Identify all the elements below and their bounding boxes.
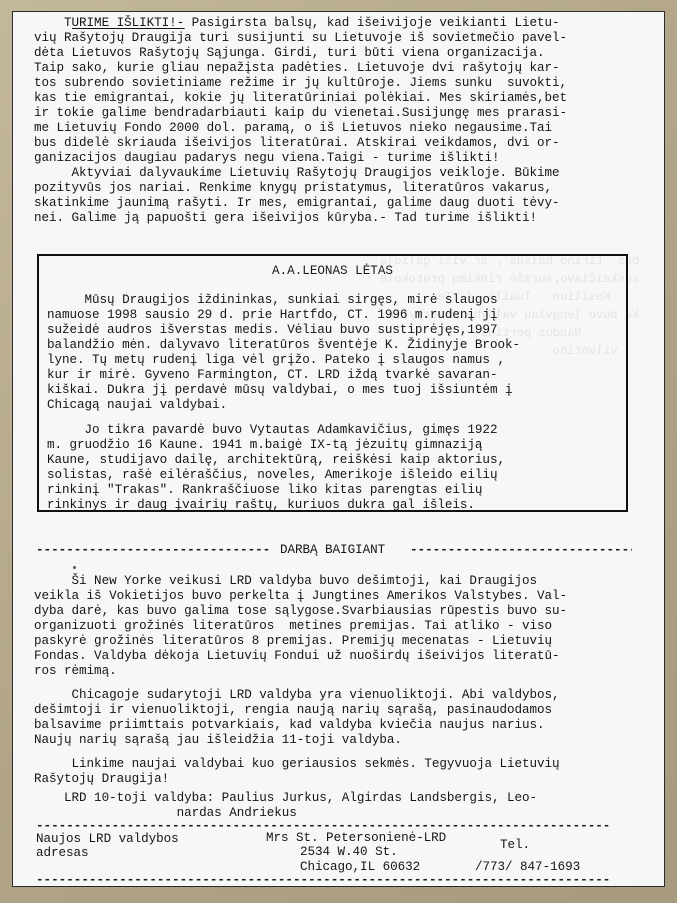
obituary-line: Chicagą naujai valdybai.: [47, 398, 227, 413]
closing-heading: DARBĄ BAIGIANT: [280, 543, 385, 558]
board-members-line: LRD 10-toji valdyba: Paulius Jurkus, Alg…: [34, 791, 537, 806]
closing-line: dyba darė, kas buvo galima tose sąlygose…: [34, 604, 567, 619]
obituary-line: rinkinys ir daug įvairių raštų, kuriuos …: [47, 498, 475, 513]
obituary-line: solistas, rašė eilėraščius, noveles, Ame…: [47, 468, 497, 483]
section-divider-right: ----------------------------------------…: [410, 543, 632, 558]
intro-line: TURIME IŠLIKTI! TURIME IŠLIKTI!- Pasigir…: [34, 16, 560, 31]
obituary-line: Kaune, studijavo dailę, architektūrą, re…: [47, 453, 505, 468]
obituary-line: Mūsų Draugijos iždininkas, sunkiai sirgę…: [47, 293, 497, 308]
obituary-line: kur ir mirė. Gyveno Farmington, CT. LRD …: [47, 368, 497, 383]
closing-line: Linkime naujai valdybai kuo geriausios s…: [34, 757, 560, 772]
address-divider-bottom: ----------------------------------------…: [36, 873, 632, 888]
intro-line: vių Rašytojų Draugija turi susijunti su …: [34, 31, 567, 46]
phone-label: Tel.: [500, 838, 530, 853]
obituary-line: Jo tikra pavardė buvo Vytautas Adamkavič…: [47, 423, 497, 438]
closing-line: Naujų narių sąrašą jau išleidžia 11-toji…: [34, 733, 402, 748]
intro-line: tos subrendo sovietiniame režime ir jų k…: [34, 76, 567, 91]
closing-line: ros rėmimą.: [34, 664, 117, 679]
intro-line: ganizacijos daugiau padarys negu viena.T…: [34, 151, 499, 166]
closing-line: veikla iš Vokietijos buvo perkelta į Jun…: [34, 589, 567, 604]
intro-line: Taip sako, kurie gliau nepažįsta padėtie…: [34, 61, 560, 76]
address-label: adresas: [36, 846, 89, 861]
intro-line: bus didelė skriauda išeivijos literatūra…: [34, 136, 560, 151]
address-label: Naujos LRD valdybos: [36, 832, 179, 847]
intro-heading-underline: TURIME IŠLIKTI!: [72, 16, 185, 31]
obituary-line: balandžio mėn. dalyvavo literatūros šven…: [47, 338, 520, 353]
address-street: 2534 W.40 St.: [300, 845, 398, 860]
closing-line: Fondas. Valdyba dėkoja Lietuvių Fondui u…: [34, 649, 560, 664]
obituary-line: sužeidė audros išverstas medis. Vėliau b…: [47, 323, 497, 338]
closing-line: Rašytojų Draugija!: [34, 772, 169, 787]
section-divider-left: ----------------------------------------…: [36, 543, 272, 558]
closing-line: organizuoti grožinės literatūros metines…: [34, 619, 552, 634]
intro-line: me Lietuvių Fondo 2000 dol. paramą, o iš…: [34, 121, 552, 136]
address-name: Mrs St. Petersonienė-LRD: [266, 831, 446, 846]
obituary-line: lyne. Tų metų rudenį liga vėl grįžo. Pat…: [47, 353, 505, 368]
obituary-line: namuose 1998 sausio 29 d. prie Hartfdo, …: [47, 308, 497, 323]
obituary-title: A.A.LEONAS LĖTAS: [39, 264, 626, 279]
closing-line: balsavime priimttais potvarkiais, kad va…: [34, 718, 545, 733]
ink-speck: [73, 566, 76, 569]
closing-line: Ši New Yorke veikusi LRD valdyba buvo de…: [34, 574, 537, 589]
obituary-line: rinkinį "Trakas". Rankraščiuose liko kit…: [47, 483, 482, 498]
obituary-line: kiškai. Dukra jį perdavė mūsų valdybai, …: [47, 383, 512, 398]
intro-line: Aktyviai dalyvaukime Lietuvių Rašytojų D…: [34, 166, 560, 181]
closing-line: paskyrė grožinės literatūros 8 premijas.…: [34, 634, 552, 649]
intro-line: ir tokie galime bendradarbiauti kaip du …: [34, 106, 567, 121]
intro-line: dėta Lietuvos Rašytojų Sąjunga. Girdi, t…: [34, 46, 545, 61]
intro-line: pozityvūs jos nariai. Renkime knygų pris…: [34, 181, 552, 196]
intro-line: skatinkime jaunimą rašyti. Ir mes, emigr…: [34, 196, 560, 211]
intro-line: nei. Galime ją papuošti gera išeivijos k…: [34, 211, 537, 226]
closing-line: Chicagoje sudarytoji LRD valdyba yra vie…: [34, 688, 560, 703]
obituary-line: m. gruodžio 16 Kaune. 1941 m.baigė IX-tą…: [47, 438, 482, 453]
intro-line: kas tie emigrantai, kokie jų literatūrin…: [34, 91, 567, 106]
closing-line: dešimtoji ir vienuoliktoji, rengia naują…: [34, 703, 552, 718]
